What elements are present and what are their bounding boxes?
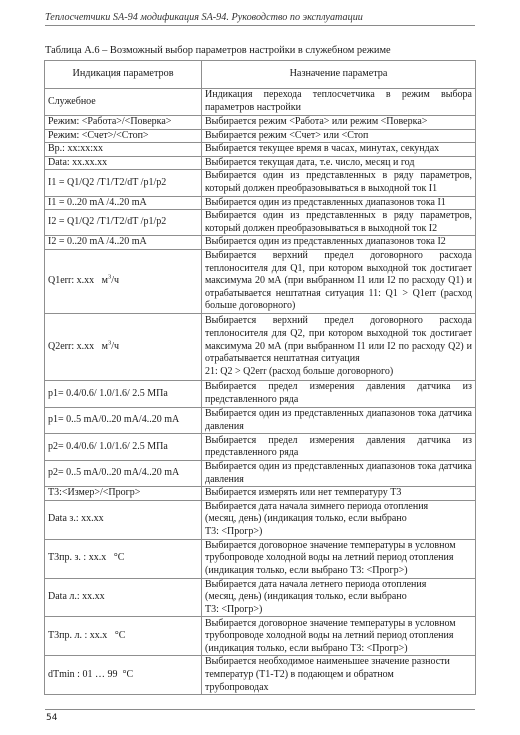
- table-row: Q1err: x.xx м3/ч Выбирается верхний пред…: [45, 249, 476, 313]
- table-row: T3:<Измер>/<Прогр> Выбирается измерять и…: [45, 487, 476, 501]
- purpose-line: трубопроводе холодной воды на летний пер…: [205, 552, 454, 563]
- table-row: Режим: <Работа>/<Поверка> Выбирается реж…: [45, 116, 476, 130]
- running-header: Теплосчетчики SA-94 модификация SA-94. Р…: [45, 12, 475, 23]
- table-row: I2 = Q1/Q2 /T1/T2/dT /p1/p2 Выбирается о…: [45, 210, 476, 236]
- unit-label-tail: /ч: [111, 275, 119, 286]
- indication-cell: T3:<Измер>/<Прогр>: [45, 487, 202, 501]
- indication-cell: T3пр. з. : xx.x °C: [45, 539, 202, 578]
- indication-cell: T3пр. л. : xx.x °C: [45, 617, 202, 656]
- purpose-text: Выбирается верхний предел договорного ра…: [205, 315, 472, 364]
- table-caption: Таблица А.6 – Возможный выбор параметров…: [45, 45, 391, 56]
- table-row: p1= 0.4/0.6/ 1.0/1.6/ 2.5 МПа Выбирается…: [45, 380, 476, 407]
- purpose-cell: Выбирается верхний предел договорного ра…: [202, 249, 476, 313]
- header-rule: [45, 25, 475, 26]
- table-row: dTmin : 01 … 99 °C Выбирается необходимо…: [45, 656, 476, 695]
- indication-cell: dTmin : 01 … 99 °C: [45, 656, 202, 695]
- purpose-cell: Индикация перехода теплосчетчика в режим…: [202, 89, 476, 116]
- purpose-cell: Выбирается текущая дата, т.е. число, мес…: [202, 156, 476, 170]
- table-row: Q2err: x.xx м3/ч Выбирается верхний пред…: [45, 313, 476, 380]
- indication-cell: I2 = 0..20 mA /4..20 mA: [45, 236, 202, 250]
- table-row: p1= 0..5 mA/0..20 mA/4..20 mA Выбирается…: [45, 407, 476, 433]
- page-number: 54: [46, 713, 57, 723]
- table-row: I2 = 0..20 mA /4..20 mA Выбирается один …: [45, 236, 476, 250]
- table-row: p2= 0.4/0.6/ 1.0/1.6/ 2.5 МПа Выбирается…: [45, 434, 476, 461]
- purpose-cell: Выбирается один из представленных в ряду…: [202, 210, 476, 236]
- table-row: Data л.: xx.xx Выбирается дата начала ле…: [45, 578, 476, 617]
- table-header-row: Индикация параметров Назначение параметр…: [45, 61, 476, 89]
- parameters-table: Индикация параметров Назначение параметр…: [44, 60, 476, 695]
- purpose-line: (месяц, день) (индикация только, если вы…: [205, 591, 407, 602]
- indication-cell: p1= 0..5 mA/0..20 mA/4..20 mA: [45, 407, 202, 433]
- purpose-line: T3: <Прогр>): [205, 526, 262, 537]
- purpose-line: Выбирается договорное значение температу…: [205, 618, 456, 629]
- purpose-line: (индикация только, если выбрано T3: <Про…: [205, 643, 408, 654]
- table-row: I1 = 0..20 mA /4..20 mA Выбирается один …: [45, 196, 476, 210]
- purpose-cell: Выбирается дата начала летнего периода о…: [202, 578, 476, 617]
- purpose-line: Выбирается договорное значение температу…: [205, 540, 456, 551]
- table-row: Режим: <Счет>/<Стоп> Выбирается режим <С…: [45, 129, 476, 143]
- indication-cell: Q1err: x.xx м3/ч: [45, 249, 202, 313]
- indication-text: Q1err: x.xx: [48, 275, 94, 286]
- purpose-cell: Выбирается режим <Работа> или режим <Пов…: [202, 116, 476, 130]
- purpose-cell: Выбирается предел измерения давления дат…: [202, 380, 476, 407]
- purpose-cell: Выбирается измерять или нет температуру …: [202, 487, 476, 501]
- indication-cell: Data з.: xx.xx: [45, 500, 202, 539]
- indication-text: Q2err: x.xx: [48, 341, 94, 352]
- table-row: Data: xx.xx.xx Выбирается текущая дата, …: [45, 156, 476, 170]
- purpose-cell: Выбирается необходимое наименьшее значен…: [202, 656, 476, 695]
- footer-rule: [45, 709, 475, 710]
- purpose-cell: Выбирается верхний предел договорного ра…: [202, 313, 476, 380]
- indication-cell: Вр.: xx:xx:xx: [45, 143, 202, 157]
- purpose-cell: Выбирается договорное значение температу…: [202, 539, 476, 578]
- purpose-cell: Выбирается один из представленных диапаз…: [202, 407, 476, 433]
- purpose-line: (месяц, день) (индикация только, если вы…: [205, 513, 407, 524]
- indication-cell: I2 = Q1/Q2 /T1/T2/dT /p1/p2: [45, 210, 202, 236]
- table-row: p2= 0..5 mA/0..20 mA/4..20 mA Выбирается…: [45, 461, 476, 487]
- indication-cell: I1 = Q1/Q2 /T1/T2/dT /p1/p2: [45, 170, 202, 196]
- column-header-indication: Индикация параметров: [45, 61, 202, 89]
- indication-cell: Режим: <Работа>/<Поверка>: [45, 116, 202, 130]
- unit-label-tail: /ч: [111, 341, 119, 352]
- purpose-cell: Выбирается один из представленных диапаз…: [202, 236, 476, 250]
- column-header-purpose: Назначение параметра: [202, 61, 476, 89]
- table-row: T3пр. з. : xx.x °C Выбирается договорное…: [45, 539, 476, 578]
- table-row: Data з.: xx.xx Выбирается дата начала зи…: [45, 500, 476, 539]
- purpose-cell: Выбирается договорное значение температу…: [202, 617, 476, 656]
- purpose-cell: Выбирается режим <Счет> или <Стоп: [202, 129, 476, 143]
- indication-cell: Режим: <Счет>/<Стоп>: [45, 129, 202, 143]
- purpose-line: температур (T1-T2) в подающем и обратном: [205, 669, 394, 680]
- purpose-cell: Выбирается текущее время в часах, минута…: [202, 143, 476, 157]
- purpose-line: трубопроводах: [205, 682, 269, 693]
- indication-cell: Служебное: [45, 89, 202, 116]
- indication-cell: Q2err: x.xx м3/ч: [45, 313, 202, 380]
- purpose-line: Выбирается необходимое наименьшее значен…: [205, 656, 450, 667]
- purpose-line: (индикация только, если выбрано T3: <Про…: [205, 565, 408, 576]
- indication-cell: I1 = 0..20 mA /4..20 mA: [45, 196, 202, 210]
- purpose-cell: Выбирается один из представленных в ряду…: [202, 170, 476, 196]
- purpose-cell: Выбирается предел измерения давления дат…: [202, 434, 476, 461]
- purpose-cell: Выбирается один из представленных диапаз…: [202, 461, 476, 487]
- purpose-cell: Выбирается один из представленных диапаз…: [202, 196, 476, 210]
- table-row: I1 = Q1/Q2 /T1/T2/dT /p1/p2 Выбирается о…: [45, 170, 476, 196]
- purpose-line: T3: <Прогр>): [205, 604, 262, 615]
- purpose-cell: Выбирается дата начала зимнего периода о…: [202, 500, 476, 539]
- table-row: T3пр. л. : xx.x °C Выбирается договорное…: [45, 617, 476, 656]
- indication-cell: Data л.: xx.xx: [45, 578, 202, 617]
- table-row: Служебное Индикация перехода теплосчетчи…: [45, 89, 476, 116]
- purpose-line: Выбирается дата начала летнего периода о…: [205, 579, 426, 590]
- indication-cell: p2= 0..5 mA/0..20 mA/4..20 mA: [45, 461, 202, 487]
- purpose-line: Выбирается дата начала зимнего периода о…: [205, 501, 428, 512]
- indication-cell: p2= 0.4/0.6/ 1.0/1.6/ 2.5 МПа: [45, 434, 202, 461]
- purpose-line: трубопроводе холодной воды на летний пер…: [205, 630, 454, 641]
- indication-cell: Data: xx.xx.xx: [45, 156, 202, 170]
- purpose-text-line2: 21: Q2 > Q2err (расход больше договорног…: [205, 366, 393, 377]
- indication-cell: p1= 0.4/0.6/ 1.0/1.6/ 2.5 МПа: [45, 380, 202, 407]
- table-row: Вр.: xx:xx:xx Выбирается текущее время в…: [45, 143, 476, 157]
